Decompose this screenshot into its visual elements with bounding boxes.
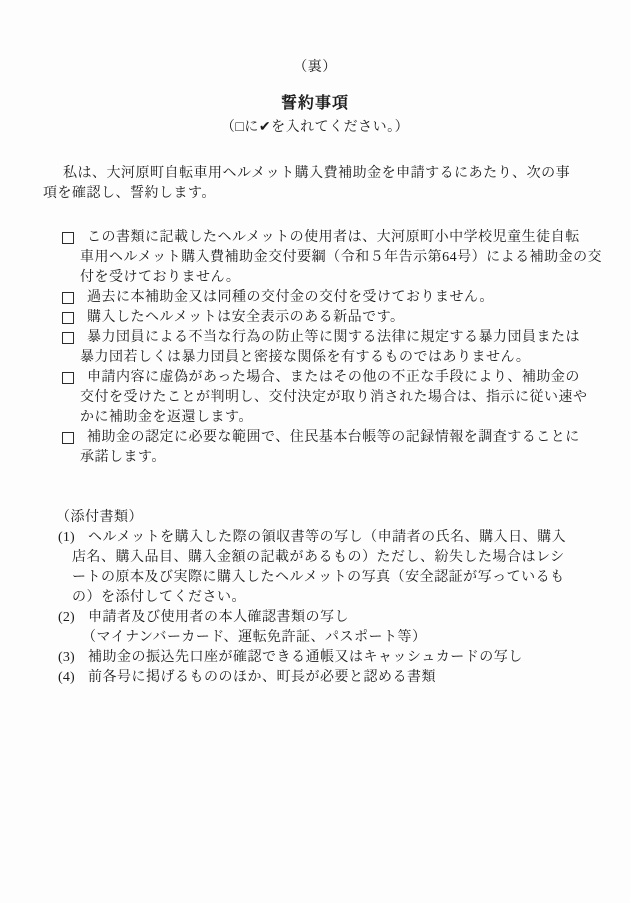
page-title: 誓約事項 <box>0 94 630 114</box>
attachment-marker: (4) <box>58 668 88 688</box>
attachment-item-2: (2)申請者及び使用者の本人確認書類の写し （マイナンバーカード、運転免許証、パ… <box>0 608 630 648</box>
pledge-checkbox-5[interactable] <box>62 372 74 384</box>
pledge-item-3: 購入したヘルメットは安全表示のある新品です。 <box>0 308 630 328</box>
attachment-line: (2)申請者及び使用者の本人確認書類の写し <box>58 608 630 628</box>
pledge-line: かに補助金を返還します。 <box>80 408 630 428</box>
attachment-line: 店名、購入品目、購入金額の記載があるもの）ただし、紛失した場合はレシ <box>72 548 630 568</box>
attachment-line: の）を添付してください。 <box>72 588 630 608</box>
pledge-checkbox-6[interactable] <box>62 432 74 444</box>
attachment-text: 補助金の振込先口座が確認できる通帳又はキャッシュカードの写し <box>88 650 523 665</box>
attachment-marker: (3) <box>58 648 88 668</box>
pledge-item-5: 申請内容に虚偽があった場合、またはその他の不正な手段により、補助金の 交付を受け… <box>0 368 630 428</box>
pledge-line: 補助金の認定に必要な範囲で、住民基本台帳等の記録情報を調査することに <box>87 428 630 448</box>
attachment-item-3: (3)補助金の振込先口座が確認できる通帳又はキャッシュカードの写し <box>0 648 630 668</box>
pledge-line: 過去に本補助金又は同種の交付金の交付を受けておりません。 <box>87 288 630 308</box>
intro-paragraph: 私は、大河原町自転車用ヘルメット購入費補助金を申請するにあたり、次の事 項を確認… <box>43 164 613 204</box>
intro-line: 項を確認し、誓約します。 <box>43 184 613 204</box>
pledge-checkbox-1[interactable] <box>62 232 74 244</box>
pledge-item-6: 補助金の認定に必要な範囲で、住民基本台帳等の記録情報を調査することに 承諾します… <box>0 428 630 468</box>
checkbox-instruction: （□に✔を入れてください。） <box>0 118 630 138</box>
pledge-line: 申請内容に虚偽があった場合、またはその他の不正な手段により、補助金の <box>87 368 630 388</box>
attachment-line: (4)前各号に掲げるもののほか、町長が必要と認める書類 <box>58 668 630 688</box>
pledge-line: 付を受けておりません。 <box>80 268 630 288</box>
attachment-marker: (2) <box>58 608 88 628</box>
pledge-item-4: 暴力団員による不当な行為の防止等に関する法律に規定する暴力団員または 暴力団若し… <box>0 328 630 368</box>
attachment-marker: (1) <box>58 528 88 548</box>
pledge-line: 暴力団員による不当な行為の防止等に関する法律に規定する暴力団員または <box>87 328 630 348</box>
pledge-checkbox-3[interactable] <box>62 312 74 324</box>
attachments-section: （添付書類） (1)ヘルメットを購入した際の領収書等の写し（申請者の氏名、購入日… <box>0 508 630 688</box>
attachment-line: (3)補助金の振込先口座が確認できる通帳又はキャッシュカードの写し <box>58 648 630 668</box>
attachment-line: ートの原本及び実際に購入したヘルメットの写真（安全認証が写っているも <box>72 568 630 588</box>
attachment-text: 申請者及び使用者の本人確認書類の写し <box>88 610 349 625</box>
pledge-line: 購入したヘルメットは安全表示のある新品です。 <box>87 308 630 328</box>
side-label: （裏） <box>0 58 630 78</box>
pledge-line: 交付を受けたことが判明し、交付決定が取り消された場合は、指示に従い速や <box>80 388 630 408</box>
attachment-item-1: (1)ヘルメットを購入した際の領収書等の写し（申請者の氏名、購入日、購入 店名、… <box>0 528 630 608</box>
attachment-line: (1)ヘルメットを購入した際の領収書等の写し（申請者の氏名、購入日、購入 <box>58 528 630 548</box>
intro-line: 私は、大河原町自転車用ヘルメット購入費補助金を申請するにあたり、次の事 <box>43 164 613 184</box>
pledge-checkbox-2[interactable] <box>62 292 74 304</box>
pledge-line: 暴力団若しくは暴力団員と密接な関係を有するものではありません。 <box>80 348 630 368</box>
attachment-text: 前各号に掲げるもののほか、町長が必要と認める書類 <box>88 670 436 685</box>
attachment-text: ヘルメットを購入した際の領収書等の写し（申請者の氏名、購入日、購入 <box>88 530 566 545</box>
pledge-line: この書類に記載したヘルメットの使用者は、大河原町小中学校児童生徒自転 <box>87 228 630 248</box>
attachments-heading: （添付書類） <box>56 508 630 528</box>
attachment-subline: （マイナンバーカード、運転免許証、パスポート等） <box>82 628 630 648</box>
pledge-item-2: 過去に本補助金又は同種の交付金の交付を受けておりません。 <box>0 288 630 308</box>
pledge-item-1: この書類に記載したヘルメットの使用者は、大河原町小中学校児童生徒自転 車用ヘルメ… <box>0 228 630 288</box>
pledge-line: 承諾します。 <box>80 448 630 468</box>
document-page: （裏） 誓約事項 （□に✔を入れてください。） 私は、大河原町自転車用ヘルメット… <box>0 0 630 903</box>
pledge-list: この書類に記載したヘルメットの使用者は、大河原町小中学校児童生徒自転 車用ヘルメ… <box>0 228 630 468</box>
pledge-line: 車用ヘルメット購入費補助金交付要綱（令和５年告示第64号）による補助金の交 <box>80 248 630 268</box>
attachment-item-4: (4)前各号に掲げるもののほか、町長が必要と認める書類 <box>0 668 630 688</box>
pledge-checkbox-4[interactable] <box>62 332 74 344</box>
